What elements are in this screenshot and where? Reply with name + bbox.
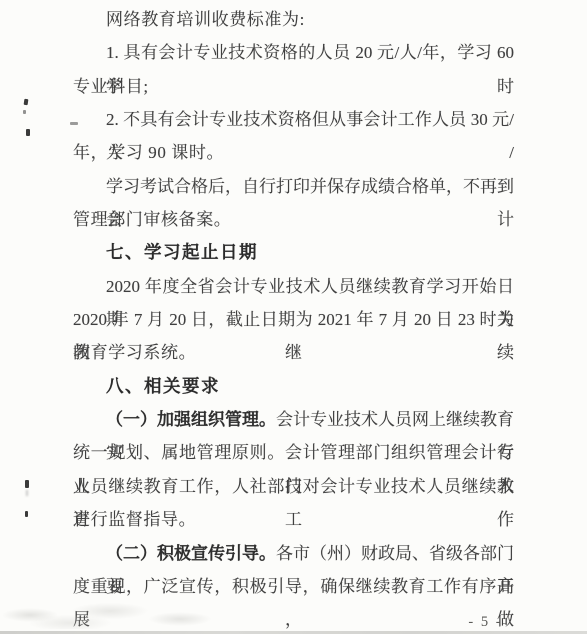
- paragraph-lead: （二）积极宣传引导。: [106, 544, 276, 563]
- ink-speck: [25, 480, 29, 488]
- text-line: 1. 具有会计专业技术资格的人员 20 元/人/年，学习 60 学时: [73, 36, 514, 69]
- ink-speck: [70, 122, 78, 125]
- ink-speck: [26, 129, 30, 136]
- page-number: - 5 -: [463, 612, 508, 632]
- text-line: 人员继续教育工作，人社部门对会计专业技术人员继续教育工作: [73, 470, 514, 503]
- text-line: 度重视，广泛宣传，积极引导，确保继续教育工作有序开展，做: [73, 570, 514, 603]
- text-line: 2020 年度全省会计专业技术人员继续教育学习开始日期为: [73, 270, 514, 303]
- ink-speck: [24, 99, 29, 105]
- paragraph-line: （二）积极宣传引导。各市（州）财政局、省级各部门要高: [73, 537, 514, 570]
- text-line: 学习考试合格后，自行打印并保存成绩合格单，不再到会计: [73, 170, 514, 203]
- text-line: 统一规划、属地管理原则。会计管理部门组织管理会计专业技术: [73, 436, 514, 469]
- scan-shadow-texture: [0, 603, 250, 629]
- paragraph-line: （一）加强组织管理。会计专业技术人员网上继续教育实行: [73, 403, 514, 436]
- paragraph-lead: （一）加强组织管理。: [106, 410, 276, 429]
- ink-speck: [23, 110, 26, 114]
- ink-speck: [25, 511, 28, 517]
- section-heading-8: 八、相关要求: [73, 370, 514, 403]
- section-heading-7: 七、学习起止日期: [73, 236, 514, 269]
- text-line: 2020 年 7 月 20 日，截止日期为 2021 年 7 月 20 日 23…: [73, 303, 514, 336]
- document-body: 网络教育培训收费标准为: 1. 具有会计专业技术资格的人员 20 元/人/年，学…: [73, 3, 514, 603]
- text-line: 网络教育培训收费标准为:: [73, 3, 514, 36]
- scanned-document-page: 网络教育培训收费标准为: 1. 具有会计专业技术资格的人员 20 元/人/年，学…: [0, 0, 587, 634]
- text-line: 2. 不具有会计专业技术资格但从事会计工作人员 30 元/人/: [73, 103, 514, 136]
